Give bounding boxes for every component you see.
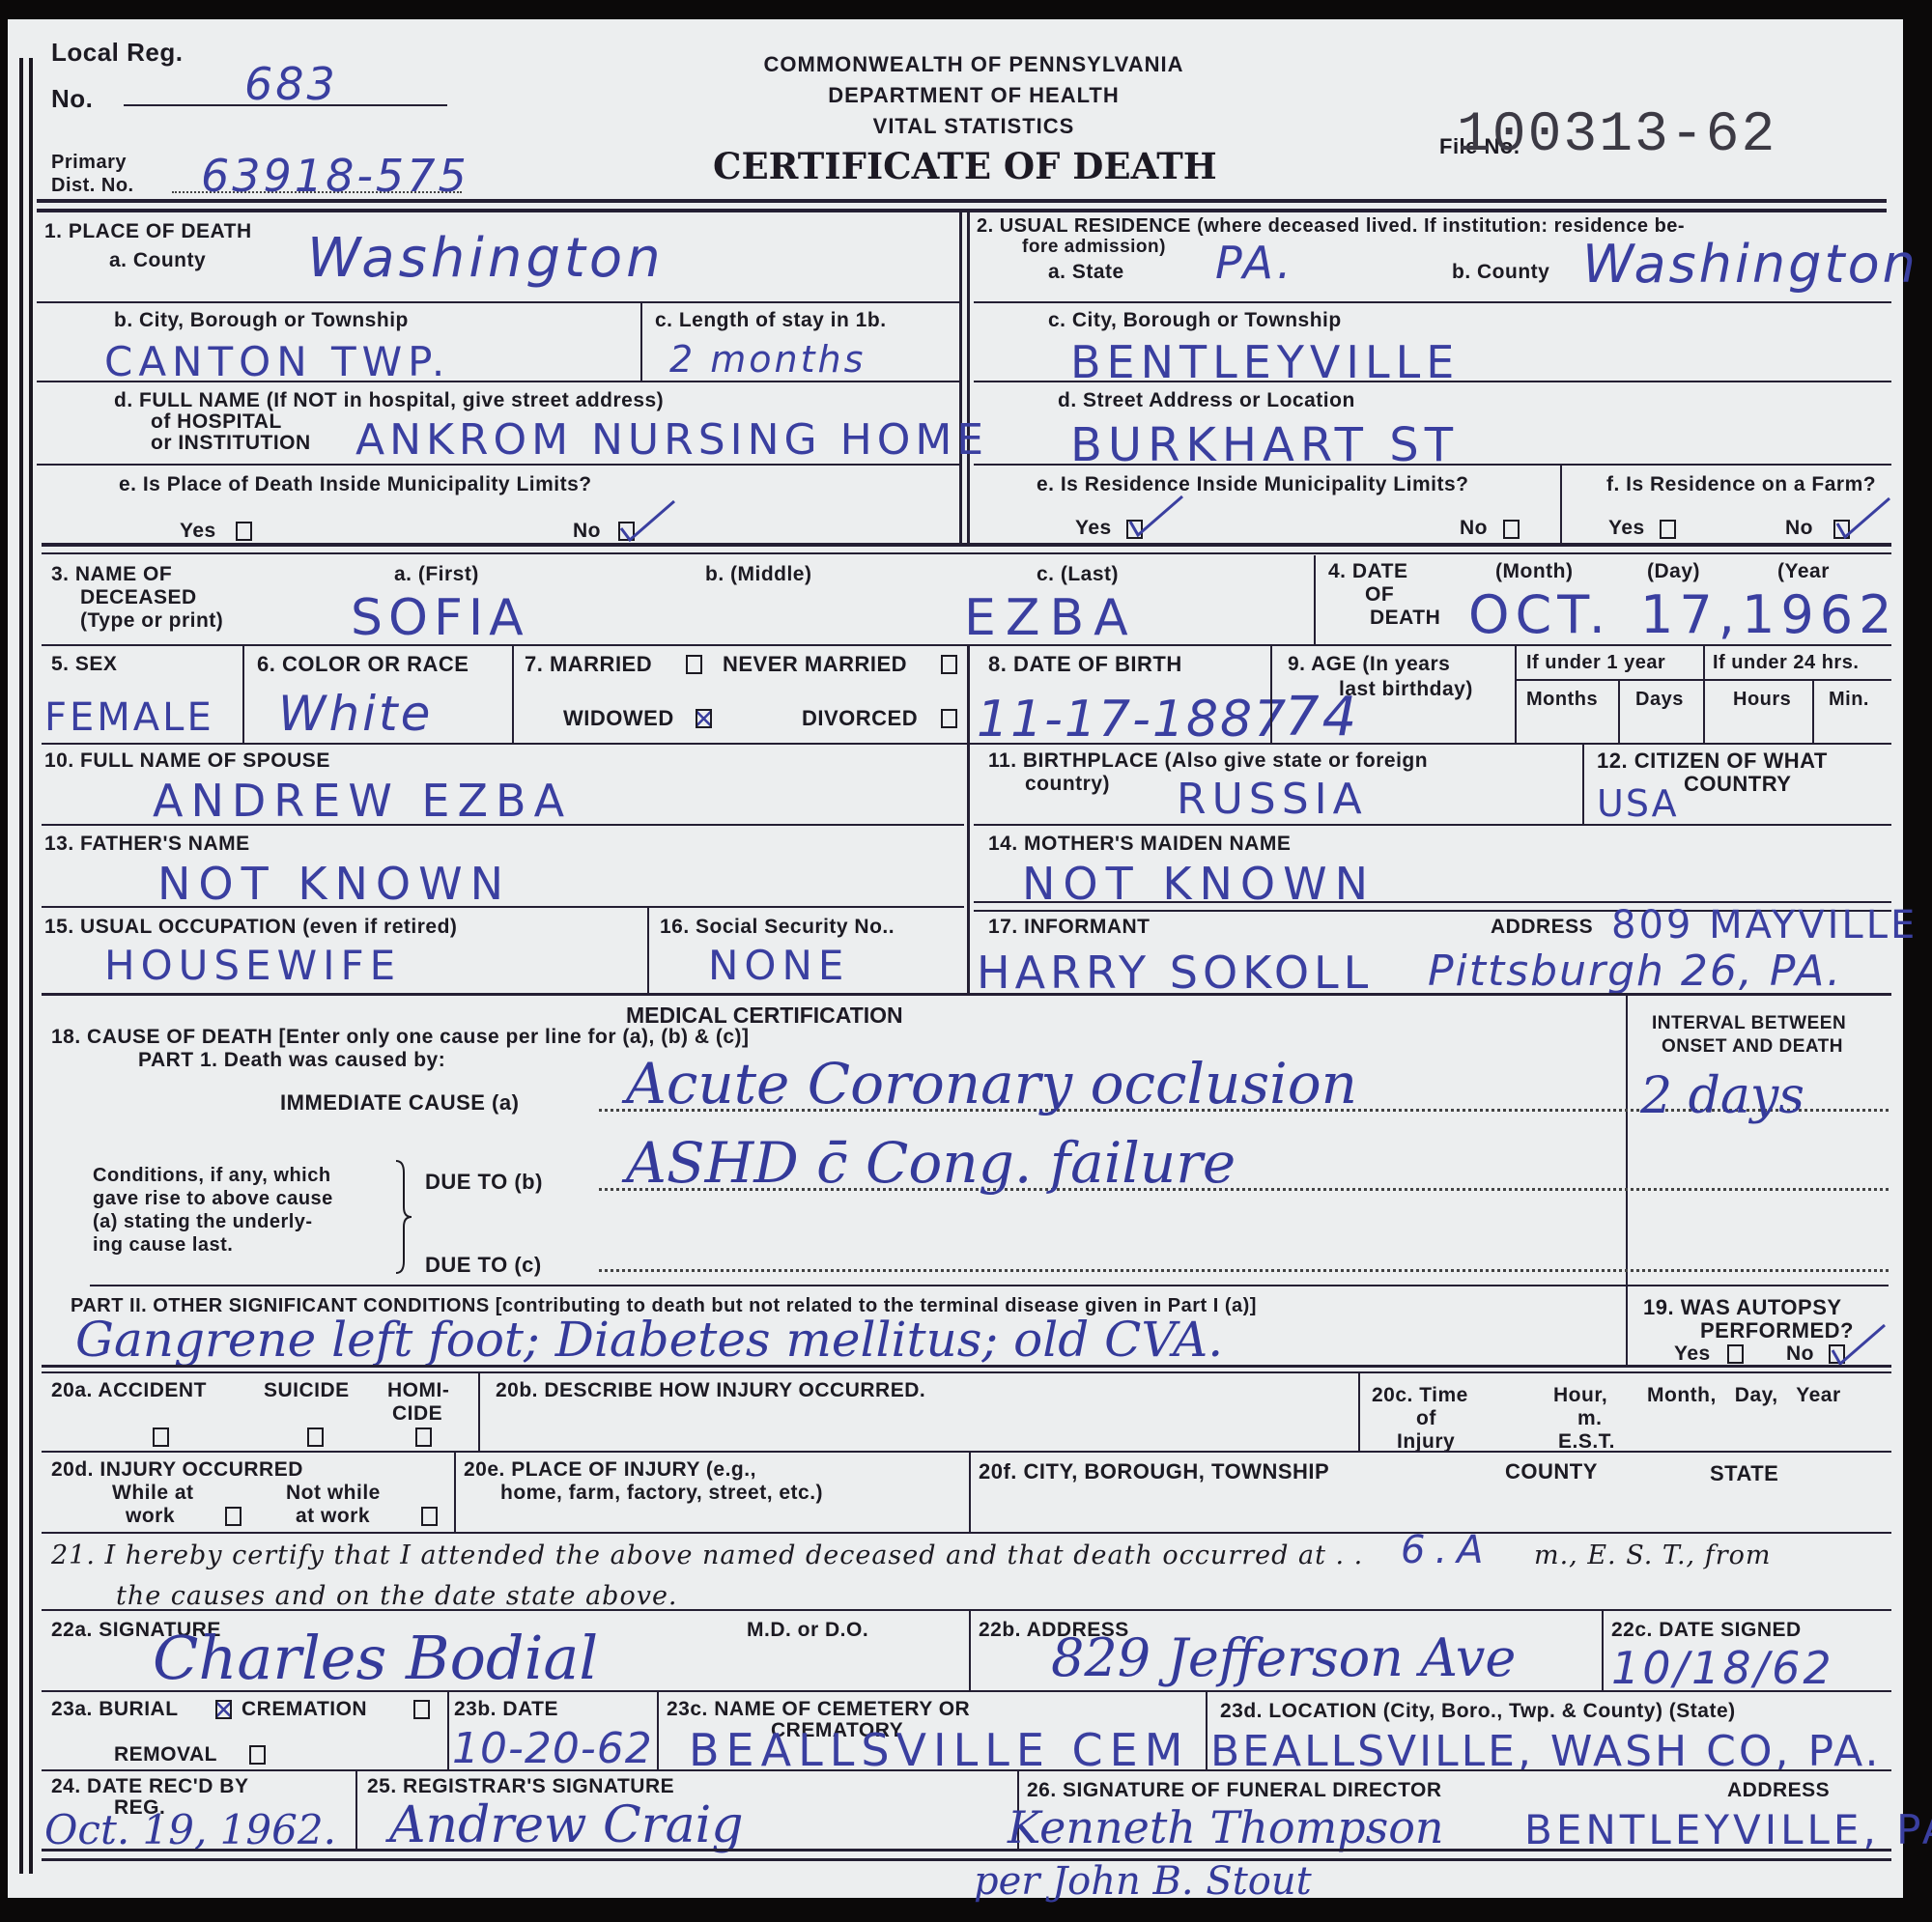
- rule: [42, 1849, 1891, 1851]
- part2-value[interactable]: Gangrene left foot; Diabetes mellitus; o…: [75, 1312, 1223, 1368]
- days-label: Days: [1635, 688, 1684, 711]
- interval-label-2: ONSET AND DEATH: [1662, 1035, 1843, 1059]
- dist-no-label: Dist. No.: [51, 174, 134, 197]
- certify-text-line-1: 21. I hereby certify that I attended the…: [51, 1540, 1363, 1570]
- certify-text-line-2: the causes and on the date state above.: [116, 1581, 678, 1611]
- dod-month-label: (Month): [1495, 560, 1573, 583]
- dod-year-value[interactable]: 1962: [1742, 584, 1897, 645]
- part1-label: PART 1. Death was caused by:: [138, 1049, 445, 1072]
- informant-label: 17. INFORMANT: [988, 916, 1151, 939]
- rule: [1270, 646, 1272, 743]
- dod-label-2: OF: [1365, 583, 1394, 607]
- rule: [37, 464, 959, 466]
- rule: [1703, 646, 1705, 743]
- due-b-value[interactable]: ASHD c̄ Cong. failure: [626, 1130, 1236, 1196]
- local-reg-label: Local Reg.: [51, 41, 183, 64]
- sex-value[interactable]: FEMALE: [44, 695, 214, 740]
- file-no-value: 100313-62: [1457, 104, 1776, 167]
- mother-label: 14. MOTHER'S MAIDEN NAME: [988, 833, 1291, 856]
- divorced-checkbox[interactable]: [941, 709, 957, 728]
- while-work-label-1: While at: [112, 1482, 194, 1505]
- rule: [454, 1453, 456, 1532]
- injury-place-label-2: home, farm, factory, street, etc.): [500, 1482, 823, 1505]
- dod-month-value[interactable]: OCT.: [1468, 584, 1611, 645]
- certify-text-line-1-end: m., E. S. T., from: [1534, 1540, 1771, 1570]
- citizen-value[interactable]: USA: [1597, 782, 1679, 825]
- middle-name-label: b. (Middle): [705, 563, 811, 586]
- rule: [1602, 1611, 1604, 1690]
- funeral-per-signature[interactable]: per John B. Stout: [974, 1859, 1312, 1904]
- rule: [447, 1692, 449, 1769]
- funeral-director-label: 26. SIGNATURE OF FUNERAL DIRECTOR: [1027, 1779, 1442, 1802]
- occupation-label: 15. USUAL OCCUPATION (even if retired): [44, 916, 457, 939]
- rule: [967, 743, 970, 994]
- rule: [37, 381, 959, 382]
- spouse-value[interactable]: ANDREW EZBA: [153, 775, 572, 827]
- homicide-checkbox[interactable]: [415, 1427, 432, 1447]
- occupation-value[interactable]: HOUSEWIFE: [104, 942, 401, 989]
- residence-state-value[interactable]: PA.: [1215, 237, 1293, 289]
- ssn-value[interactable]: NONE: [708, 942, 849, 989]
- rule: [90, 1285, 1889, 1286]
- hours-label: Hours: [1733, 688, 1791, 711]
- checkmark-icon: [1831, 1321, 1889, 1366]
- last-name-value[interactable]: EZBA: [964, 589, 1138, 647]
- date-received-value[interactable]: Oct. 19, 1962.: [44, 1806, 336, 1853]
- rule: [969, 1611, 971, 1690]
- burial-date-label: 23b. DATE: [454, 1698, 558, 1721]
- institution-label-3: or INSTITUTION: [151, 432, 311, 455]
- institution-label-2: of HOSPITAL: [151, 410, 282, 434]
- local-reg-no-value[interactable]: 683: [244, 58, 338, 110]
- injury-time-label-1: 20c. Time: [1372, 1384, 1468, 1407]
- dob-value[interactable]: 11-17-1887: [977, 691, 1288, 749]
- injury-county-label: COUNTY: [1505, 1460, 1598, 1484]
- dod-label-1: 4. DATE: [1328, 560, 1407, 583]
- agency-line-1: COMMONWEALTH OF PENNSYLVANIA: [684, 52, 1264, 77]
- injury-hour-label-2: m.: [1577, 1407, 1603, 1430]
- residence-county-value[interactable]: Washington: [1582, 234, 1918, 295]
- stay-value[interactable]: 2 months: [669, 338, 866, 381]
- never-married-label: NEVER MARRIED: [723, 653, 907, 676]
- rule: [974, 301, 1891, 303]
- burial-label: 23a. BURIAL: [51, 1698, 179, 1721]
- rule: [974, 464, 1891, 466]
- inside-limits-yes-label: Yes: [180, 520, 216, 543]
- min-label: Min.: [1829, 688, 1869, 711]
- date-received-label-1: 24. DATE REC'D BY: [51, 1775, 248, 1798]
- rule: [1515, 679, 1891, 681]
- rule: [969, 1453, 971, 1532]
- rule: [1314, 555, 1316, 644]
- physician-address-value[interactable]: 829 Jefferson Ave: [1051, 1627, 1516, 1688]
- cremation-checkbox[interactable]: [413, 1700, 430, 1719]
- registrar-signature[interactable]: Andrew Craig: [389, 1796, 744, 1854]
- residence-heading-2: fore admission): [1022, 236, 1166, 259]
- father-label: 13. FATHER'S NAME: [44, 833, 250, 856]
- immediate-cause-value[interactable]: Acute Coronary occlusion: [626, 1051, 1357, 1116]
- rule: [1515, 646, 1517, 743]
- residence-heading: 2. USUAL RESIDENCE (where deceased lived…: [977, 214, 1685, 238]
- dod-year-label: (Year: [1777, 560, 1830, 583]
- removal-label: REMOVAL: [114, 1743, 217, 1767]
- birthplace-label-2: country): [1025, 773, 1110, 796]
- not-work-checkbox[interactable]: [421, 1507, 438, 1526]
- interval-label-1: INTERVAL BETWEEN: [1652, 1012, 1846, 1035]
- while-work-checkbox[interactable]: [225, 1507, 241, 1526]
- rule: [1626, 995, 1628, 1367]
- primary-label: Primary: [51, 151, 127, 174]
- age-label-1: 9. AGE (In years: [1288, 653, 1450, 676]
- place-of-death-heading: 1. PLACE OF DEATH: [44, 220, 252, 243]
- informant-address-line-1[interactable]: 809 MAYVILLE: [1611, 903, 1918, 947]
- rule: [967, 646, 970, 743]
- left-border-outer: [19, 58, 23, 1874]
- rule: [974, 824, 1891, 826]
- institution-value[interactable]: ANKROM NURSING HOME: [355, 415, 988, 465]
- race-label: 6. COLOR OR RACE: [257, 653, 469, 676]
- location-label: 23d. LOCATION (City, Boro., Twp. & Count…: [1220, 1700, 1736, 1723]
- homicide-label-1: HOMI-: [387, 1379, 449, 1402]
- married-checkbox[interactable]: [686, 655, 702, 674]
- citizen-label-1: 12. CITIZEN OF WHAT: [1597, 749, 1828, 773]
- dob-label: 8. DATE OF BIRTH: [988, 653, 1182, 676]
- informant-name-value[interactable]: HARRY SOKOLL: [977, 947, 1373, 999]
- death-city-value[interactable]: CANTON TWP.: [104, 338, 450, 385]
- autopsy-yes-checkbox[interactable]: [1727, 1344, 1744, 1364]
- injury-city-label: 20f. CITY, BOROUGH, TOWNSHIP: [979, 1460, 1329, 1484]
- father-value[interactable]: NOT KNOWN: [157, 858, 511, 910]
- institution-label-1: d. FULL NAME (If NOT in hospital, give s…: [114, 389, 664, 412]
- age-value[interactable]: 74: [1285, 686, 1359, 749]
- homicide-label-2: CIDE: [392, 1402, 442, 1426]
- first-name-label: a. (First): [394, 563, 479, 586]
- deceased-heading-1: 3. NAME OF: [51, 563, 172, 586]
- autopsy-label-1: 19. WAS AUTOPSY: [1643, 1296, 1842, 1319]
- months-label: Months: [1526, 688, 1598, 711]
- citizen-label-2: COUNTRY: [1684, 773, 1791, 796]
- medical-heading: MEDICAL CERTIFICATION: [626, 1003, 903, 1029]
- rule: [478, 1373, 480, 1451]
- conditions-note-4: ing cause last.: [93, 1233, 233, 1257]
- rule: [42, 1609, 1891, 1611]
- dotted-line: [599, 1269, 1889, 1272]
- death-certificate: Local Reg. No. 683 Primary Dist. No. 639…: [8, 19, 1903, 1898]
- divorced-label: DIVORCED: [802, 707, 918, 730]
- residence-limits-label: e. Is Residence Inside Municipality Limi…: [1037, 473, 1468, 496]
- date-signed-label: 22c. DATE SIGNED: [1611, 1619, 1802, 1642]
- suicide-label: SUICIDE: [264, 1379, 350, 1402]
- checkmark-icon: [1835, 495, 1893, 539]
- injury-state-label: STATE: [1710, 1462, 1778, 1485]
- section-rule: [42, 552, 1891, 554]
- checkmark-icon: [618, 497, 676, 542]
- inside-limits-yes-checkbox[interactable]: [236, 522, 252, 541]
- dist-no-value[interactable]: 63918-575: [201, 150, 469, 202]
- rule: [1618, 679, 1620, 743]
- immediate-label: IMMEDIATE CAUSE (a): [280, 1091, 519, 1115]
- divider-1-2-b: [967, 212, 970, 543]
- rule: [42, 1769, 1891, 1771]
- conditions-note-1: Conditions, if any, which: [93, 1164, 331, 1187]
- due-b-label: DUE TO (b): [425, 1171, 543, 1194]
- while-work-label-2: work: [126, 1505, 175, 1528]
- divider-1-2-a: [959, 212, 962, 543]
- rule: [1358, 1373, 1360, 1451]
- cremation-label: CREMATION: [241, 1698, 367, 1721]
- inside-limits-no-label: No: [573, 520, 601, 543]
- accident-checkbox[interactable]: [153, 1427, 169, 1447]
- under-year-label: If under 1 year: [1526, 651, 1665, 674]
- city-label: b. City, Borough or Township: [114, 309, 409, 332]
- rule: [1206, 1692, 1207, 1769]
- cemetery-label-1: 23c. NAME OF CEMETERY OR: [667, 1698, 970, 1721]
- conditions-note-2: gave rise to above cause: [93, 1187, 333, 1210]
- conditions-note-3: (a) stating the underly-: [93, 1210, 313, 1233]
- section-rule: [42, 543, 1891, 547]
- rule: [657, 1692, 659, 1769]
- stay-label: c. Length of stay in 1b.: [655, 309, 887, 332]
- agency-line-3: VITAL STATISTICS: [684, 114, 1264, 139]
- residence-street-label: d. Street Address or Location: [1058, 389, 1355, 412]
- last-name-label: c. (Last): [1037, 563, 1119, 586]
- farm-yes-checkbox[interactable]: [1660, 520, 1676, 539]
- rule: [242, 646, 244, 743]
- deceased-heading-3: (Type or print): [80, 609, 223, 633]
- rule: [42, 1532, 1891, 1534]
- race-value[interactable]: White: [278, 686, 433, 742]
- rule: [19, 1608, 22, 1609]
- funeral-address-value[interactable]: BENTLEYVILLE, PA: [1524, 1806, 1932, 1853]
- married-label: 7. MARRIED: [525, 653, 652, 676]
- rule: [42, 1371, 1891, 1373]
- rule: [42, 1858, 1891, 1861]
- local-reg-no-label: No.: [51, 87, 93, 110]
- birthplace-value[interactable]: RUSSIA: [1177, 775, 1368, 824]
- md-do-label: M.D. or D.O.: [747, 1619, 868, 1642]
- removal-checkbox[interactable]: [249, 1745, 266, 1765]
- dod-day-value[interactable]: 17,: [1640, 584, 1741, 645]
- checkmark-icon: [1128, 493, 1186, 537]
- rule: [42, 906, 964, 908]
- brace-icon: [394, 1159, 413, 1275]
- cemetery-value[interactable]: BEALLSVILLE CEM: [689, 1724, 1189, 1776]
- rule: [974, 381, 1891, 382]
- rule: [42, 993, 1891, 996]
- county-label: a. County: [109, 249, 206, 272]
- widowed-checkbox[interactable]: [696, 709, 712, 728]
- residence-limits-yes-label: Yes: [1075, 517, 1112, 540]
- funeral-director-signature[interactable]: Kenneth Thompson: [1008, 1801, 1444, 1853]
- ssn-label: 16. Social Security No..: [660, 916, 895, 939]
- header-rule-1: [37, 199, 1887, 203]
- rule: [512, 646, 514, 743]
- spouse-label: 10. FULL NAME OF SPOUSE: [44, 749, 330, 773]
- sex-label: 5. SEX: [51, 653, 117, 676]
- inside-limits-label: e. Is Place of Death Inside Municipality…: [119, 473, 592, 496]
- certificate-title: CERTIFICATE OF DEATH: [713, 145, 1217, 187]
- residence-limits-no-checkbox[interactable]: [1503, 520, 1520, 539]
- not-work-label-2: at work: [296, 1505, 370, 1528]
- rule: [37, 301, 959, 303]
- autopsy-yes-label: Yes: [1674, 1343, 1711, 1366]
- residence-state-label: a. State: [1048, 261, 1124, 284]
- farm-label: f. Is Residence on a Farm?: [1606, 473, 1876, 496]
- due-c-label: DUE TO (c): [425, 1254, 542, 1277]
- accident-label: 20a. ACCIDENT: [51, 1379, 207, 1402]
- left-border-inner: [29, 58, 33, 1874]
- residence-county-label: b. County: [1452, 261, 1549, 284]
- residence-city-label: c. City, Borough or Township: [1048, 309, 1342, 332]
- farm-no-label: No: [1785, 517, 1813, 540]
- under-day-label: If under 24 hrs.: [1713, 651, 1859, 674]
- not-work-label-1: Not while: [286, 1482, 381, 1505]
- registrar-signature-label: 25. REGISTRAR'S SIGNATURE: [367, 1775, 674, 1798]
- farm-yes-label: Yes: [1608, 517, 1645, 540]
- cause-label: 18. CAUSE OF DEATH [Enter only one cause…: [51, 1026, 750, 1049]
- dod-label-3: DEATH: [1370, 607, 1440, 630]
- rule: [1582, 743, 1584, 824]
- rule: [355, 1771, 357, 1849]
- burial-date-value[interactable]: 10-20-62: [452, 1724, 653, 1773]
- death-time-value[interactable]: 6.A: [1401, 1528, 1493, 1572]
- residence-limits-no-label: No: [1460, 517, 1488, 540]
- injury-date-label: Month, Day, Year: [1647, 1384, 1841, 1407]
- birthplace-label-1: 11. BIRTHPLACE (Also give state or forei…: [988, 749, 1428, 773]
- never-married-checkbox[interactable]: [941, 655, 957, 674]
- interval-value[interactable]: 2 days: [1640, 1067, 1804, 1125]
- rule: [42, 824, 964, 826]
- injury-hour-label-1: Hour,: [1553, 1384, 1607, 1407]
- agency-line-2: DEPARTMENT OF HEALTH: [684, 83, 1264, 108]
- informant-address-label: ADDRESS: [1491, 916, 1593, 939]
- autopsy-no-label: No: [1786, 1343, 1814, 1366]
- rule: [42, 1690, 1891, 1692]
- date-signed-value[interactable]: 10/18/62: [1611, 1642, 1834, 1694]
- rule: [42, 1451, 1891, 1453]
- rule: [647, 908, 649, 995]
- first-name-value[interactable]: SOFIA: [351, 589, 529, 647]
- rule: [1560, 466, 1562, 543]
- injury-place-label-1: 20e. PLACE OF INJURY (e.g.,: [464, 1458, 756, 1482]
- rule: [640, 303, 642, 381]
- injury-time-label-2: of: [1416, 1407, 1436, 1430]
- injury-occurred-label: 20d. INJURY OCCURRED: [51, 1458, 303, 1482]
- burial-checkbox[interactable]: [215, 1700, 232, 1719]
- death-county-value[interactable]: Washington: [307, 227, 665, 290]
- physician-signature[interactable]: Charles Bodial: [153, 1623, 598, 1693]
- rule: [1812, 679, 1814, 743]
- informant-address-line-2[interactable]: Pittsburgh 26, PA.: [1428, 947, 1842, 996]
- widowed-label: WIDOWED: [563, 707, 674, 730]
- funeral-address-label: ADDRESS: [1727, 1779, 1830, 1802]
- suicide-checkbox[interactable]: [307, 1427, 324, 1447]
- rule: [42, 1365, 1891, 1368]
- dod-day-label: (Day): [1647, 560, 1700, 583]
- deceased-heading-2: DECEASED: [80, 586, 197, 609]
- injury-describe-label: 20b. DESCRIBE HOW INJURY OCCURRED.: [496, 1379, 925, 1402]
